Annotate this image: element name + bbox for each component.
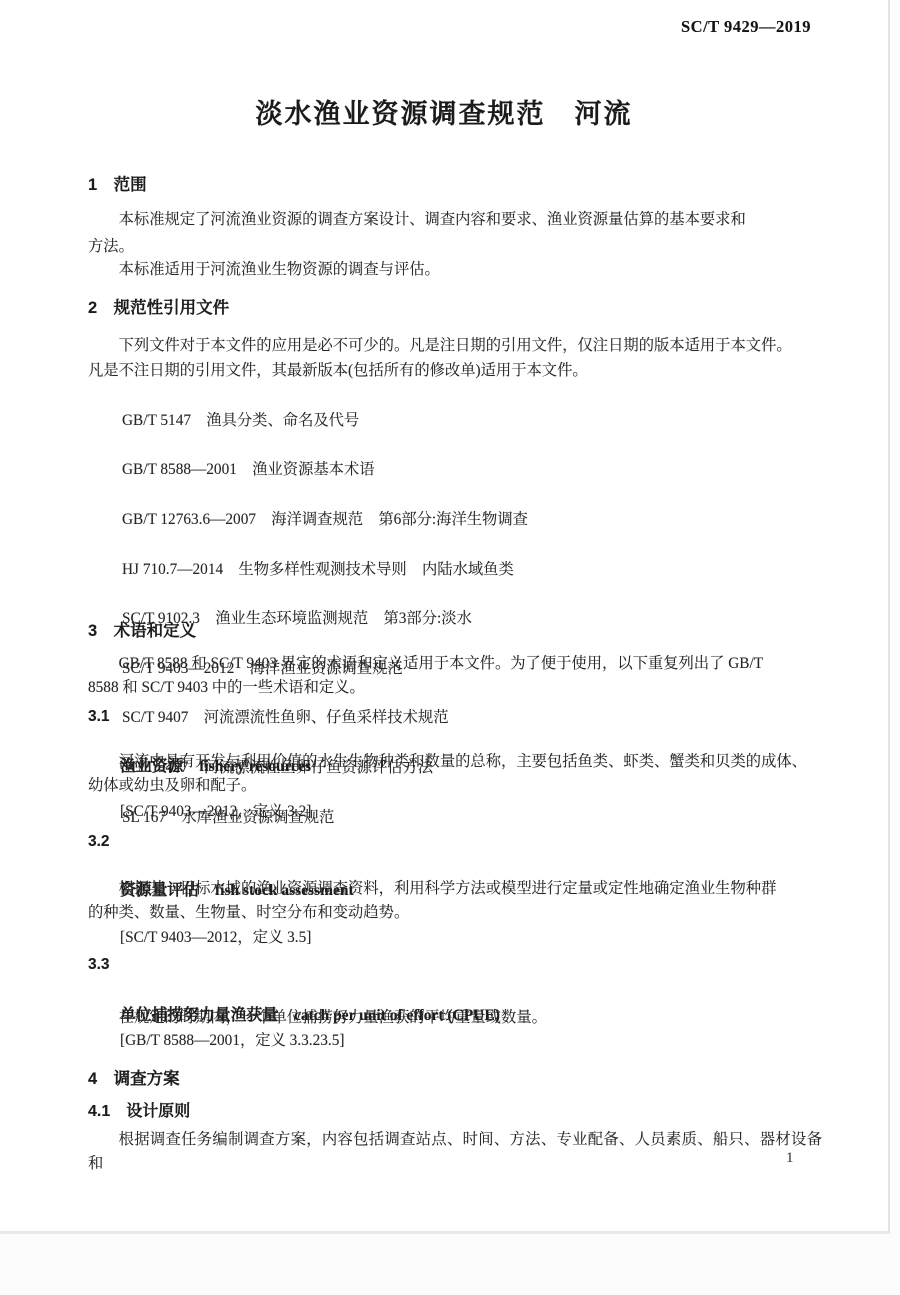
section-4-heading: 4 调查方案: [88, 1067, 822, 1091]
section-3-heading: 3 术语和定义: [88, 619, 822, 643]
term-source-reference: [SC/T 9403—2012，定义 3.2]: [120, 800, 854, 824]
term-number: 3.2: [88, 830, 822, 854]
section-1-heading: 1 范围: [88, 173, 822, 197]
term-source-reference: [SC/T 9403—2012，定义 3.5]: [120, 926, 854, 950]
term-number: 3.1: [88, 705, 822, 729]
term-definition: 河流中具有开发与利用价值的水生生物种类和数量的总称，主要包括鱼类、虾类、蟹类和贝…: [88, 750, 822, 798]
standard-code: SC/T 9429—2019: [681, 17, 811, 37]
term-source-reference: [GB/T 8588—2001，定义 3.3.23.5]: [120, 1029, 854, 1053]
section-1-paragraph-1: 本标准规定了河流渔业资源的调查方案设计、调查内容和要求、渔业资源量估算的基本要求…: [88, 206, 822, 260]
term-number: 3.3: [88, 953, 822, 977]
document-title: 淡水渔业资源调查规范 河流: [0, 92, 888, 131]
document-page: SC/T 9429—2019 淡水渔业资源调查规范 河流 1 范围 本标准规定了…: [0, 0, 890, 1234]
section-4-1-heading: 4.1 设计原则: [88, 1100, 822, 1124]
reference-item: GB/T 12763.6—2007 海洋调查规范 第6部分:海洋生物调查: [122, 508, 822, 533]
section-2-paragraph-1: 下列文件对于本文件的应用是必不可少的。凡是注日期的引用文件，仅注日期的版本适用于…: [88, 333, 822, 383]
section-1-paragraph-2: 本标准适用于河流渔业生物资源的调查与评估。: [88, 258, 822, 282]
term-definition: 在规定的时期内，一个单位捕捞努力量渔获的平均重量或数量。: [88, 1006, 822, 1030]
reference-item: GB/T 8588—2001 渔业资源基本术语: [122, 458, 822, 483]
section-2-heading: 2 规范性引用文件: [88, 296, 822, 320]
page-number: 1: [786, 1150, 794, 1167]
reference-item: GB/T 5147 渔具分类、命名及代号: [122, 409, 822, 434]
reference-item: HJ 710.7—2014 生物多样性观测技术导则 内陆水域鱼类: [122, 558, 822, 583]
section-3-paragraph-1: GB/T 8588 和 SC/T 9403 界定的术语和定义适用于本文件。为了便…: [88, 652, 822, 699]
term-definition: 根据某一目标水域的渔业资源调查资料，利用科学方法或模型进行定量或定性地确定渔业生…: [88, 877, 822, 924]
section-4-1-paragraph-1: 根据调查任务编制调查方案，内容包括调查站点、时间、方法、专业配备、人员素质、船只…: [88, 1128, 822, 1176]
